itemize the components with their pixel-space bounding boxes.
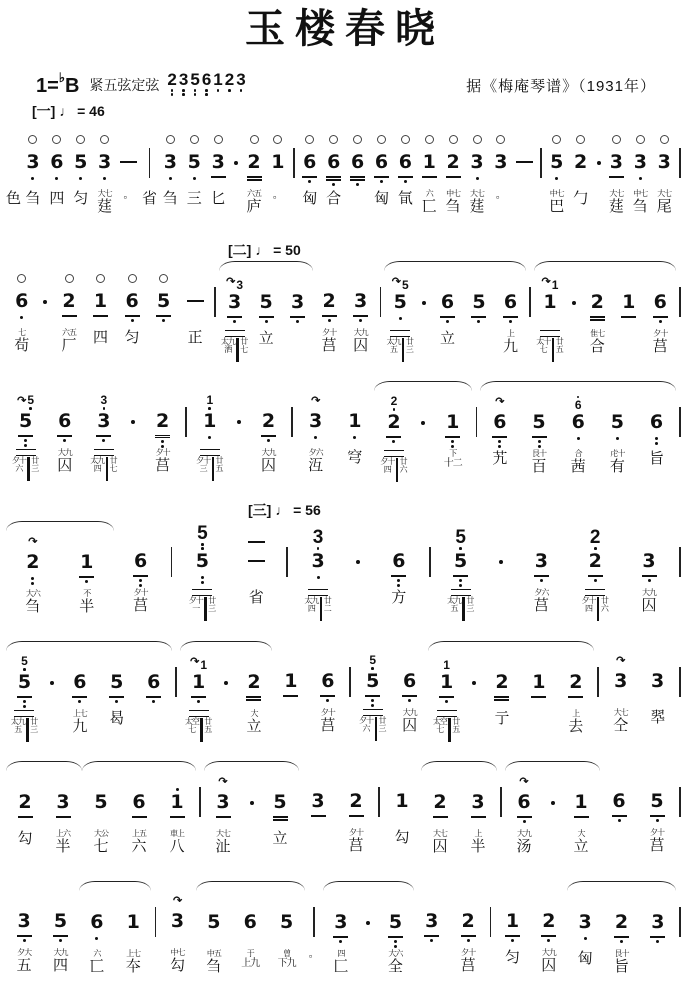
octave-dot (498, 445, 501, 448)
slur-arc (6, 521, 60, 531)
barline-rule (679, 407, 681, 437)
upper-marks (622, 530, 676, 550)
jianzipu-annotation: 夕六 (309, 449, 323, 457)
jianzipu-finger-mark: 五 (450, 605, 457, 613)
octave-dots (616, 435, 619, 440)
upper-marks: 5 (434, 530, 488, 550)
slur-space (283, 521, 291, 530)
octave-dot (540, 579, 543, 582)
note-number: 6 (650, 411, 663, 433)
jianzipu-stem (375, 717, 377, 741)
upper-marks (45, 131, 69, 151)
under-marks (115, 935, 151, 949)
upper-marks (6, 890, 42, 910)
jianzipu-row: 大七仝 (602, 709, 639, 747)
under-marks (346, 694, 354, 708)
octave-dot (23, 939, 26, 942)
jianzipu-cluster: 夕十六廿三 (359, 709, 386, 741)
slur-space (569, 122, 593, 131)
note-cell: 1四 (85, 261, 117, 367)
grace-hook-icon: ↷ (173, 896, 182, 906)
jianzipu-main: 勾 (394, 829, 409, 846)
under-marks (322, 175, 346, 189)
upper-marks (114, 530, 168, 550)
upper-marks: ↷ (602, 650, 639, 670)
jianzipu-main: 穹 (347, 449, 362, 466)
octave-dots (59, 937, 62, 942)
jianzipu-glyph: 。 (309, 949, 319, 961)
harmonic-circle-icon (576, 135, 585, 144)
under-marks (569, 175, 593, 189)
jianzipu-main: 夲 (126, 958, 141, 975)
octave-dot (102, 439, 105, 442)
jianzipu-annotation: 七 (18, 329, 25, 337)
jianzipu-glyph: 虍十有 (610, 450, 625, 475)
jianzipu-row: 艮十百 (519, 450, 558, 488)
harmonic-circle-icon (52, 135, 61, 144)
slur-arc (6, 761, 44, 771)
jianzipu-annotation: 夕十 (134, 589, 148, 597)
upper-note-number: 5 (402, 280, 409, 291)
octave-dot (103, 177, 106, 180)
slur-space (123, 381, 143, 390)
under-marks (676, 314, 684, 328)
number-row (497, 790, 505, 814)
jianzipu-glyph: 合 (326, 190, 341, 207)
number-row: 6 (45, 410, 84, 434)
under-marks (272, 694, 309, 708)
aug-dot-cell (566, 261, 582, 368)
slur-space (182, 381, 190, 390)
number-row (472, 410, 480, 434)
jianzipu-right-annotation: 廿三 (208, 597, 216, 613)
slur-arc (463, 261, 495, 271)
slur-space (45, 122, 69, 131)
number-row (230, 151, 242, 175)
jianzipu-glyph: 艮十百 (532, 450, 547, 475)
slur-arc (421, 761, 459, 771)
upper-note: 1 (443, 660, 450, 671)
jianzipu-row (676, 449, 684, 487)
slur-space (196, 761, 204, 770)
upper-marks (322, 131, 346, 151)
upper-marks: ↷ (296, 390, 335, 410)
under-marks (465, 695, 483, 709)
jianzipu-glyph: 大立 (246, 710, 261, 735)
key-and-tuning: 1=♭B 紧五弦定弦 2356123 (36, 71, 246, 96)
jianzipu-row (486, 949, 494, 982)
under-marks (123, 434, 143, 448)
upper-marks (69, 131, 93, 151)
slur-space (172, 641, 180, 650)
barline (376, 261, 384, 367)
note-cell: 1 (613, 261, 645, 368)
jianzipu-glyph: 大七莛 (609, 190, 624, 215)
upper-marks (299, 770, 337, 790)
slur-space (602, 641, 639, 650)
slur-space (21, 122, 45, 131)
jianzipu-row: 大九四 (42, 949, 78, 982)
jianzipu-left-annotation: 太空七 (185, 718, 199, 734)
note-number: 2 (615, 911, 628, 933)
note-number: 3 (56, 791, 69, 813)
jianzipu-cluster-body: 夕十一廿三 (189, 597, 216, 621)
octave-dot (618, 819, 621, 822)
beam-underline (247, 179, 262, 180)
note-cell: ↷2大六刍 (6, 521, 60, 628)
number-row: 3 (459, 791, 497, 815)
upper-marks (421, 771, 459, 791)
number-row: 5 (42, 910, 78, 934)
number-row: 5 (519, 411, 558, 435)
under-marks (43, 695, 61, 709)
slur-arc (115, 881, 151, 891)
jianzipu-annotation: 大九 (58, 449, 72, 457)
note-number: 5 (196, 550, 209, 572)
slur-space (335, 381, 374, 390)
note-number: 6 (403, 670, 416, 692)
jianzipu-glyph: 合茜 (571, 450, 586, 475)
note-cell: 3大七莛 (604, 122, 628, 228)
under-marks (236, 695, 273, 709)
slur-arc (268, 881, 304, 891)
number-row (140, 151, 158, 175)
number-row: 2 (531, 910, 567, 934)
jianzipu-annotation: 大九 (54, 949, 68, 957)
jianzipu-annotation: 大七 (470, 190, 484, 198)
upper-note: 5 (21, 656, 28, 671)
octave-dot (523, 820, 526, 823)
note-number: 3 (425, 910, 438, 932)
upper-marks (432, 271, 464, 291)
jianzipu-annotation: 大 (577, 830, 584, 838)
jianzipu-hui-mark: 六 (601, 605, 609, 613)
upper-marks (414, 890, 450, 910)
number-row: 3 (414, 910, 450, 934)
barline (497, 761, 505, 867)
harmonic-circle-icon (496, 135, 505, 144)
note-cell: 2大七囚 (421, 761, 459, 868)
jianzipu-cluster-body: 夕十三廿五 (196, 457, 223, 481)
upper-note-number: 2 (391, 396, 398, 407)
under-marks (566, 315, 582, 329)
number-row: 6 (370, 151, 394, 175)
slur-arc (520, 641, 557, 651)
jianzipu-annotation: 下 (449, 450, 456, 458)
octave-dots (467, 937, 470, 942)
jianzipu-row: 太十七廿五 (534, 330, 566, 368)
jianzipu-row: 省 (229, 589, 283, 627)
jianzipu-row: 中五刍 (196, 950, 232, 982)
jianzipu-cluster: 太九四廿二 (304, 589, 331, 621)
number-row (305, 910, 323, 934)
note-number: 1 (170, 791, 183, 813)
flat-sign-icon: ♭ (59, 70, 65, 86)
under-marks (465, 175, 489, 189)
under-marks (6, 314, 38, 328)
jianzipu-annotation: 大七 (657, 190, 671, 198)
octave-dot (78, 700, 81, 703)
jianzipu-row: 上半 (459, 830, 497, 868)
under-marks (562, 815, 600, 829)
number-row: 3 (21, 151, 45, 175)
number-row: 3 (299, 790, 337, 814)
octave-dot (359, 319, 362, 322)
upper-marks (266, 131, 290, 151)
slur-space (346, 641, 354, 650)
jianzipu-row (123, 449, 143, 487)
slur-space (622, 521, 676, 530)
barline (594, 641, 602, 747)
octave-dot (326, 699, 329, 702)
slur-space (211, 261, 219, 270)
jianzipu-main: 囚 (402, 717, 417, 734)
upper-marks: 3 (84, 390, 123, 410)
jianzipu-stem (320, 597, 322, 621)
jianzipu-finger-mark: 一 (192, 605, 199, 613)
jianzipu-main: 匀 (125, 329, 140, 346)
number-row: 3 (604, 151, 628, 175)
slur-arc (566, 261, 582, 271)
jianzipu-annotation: 大六 (388, 950, 402, 958)
jianzipu-main: 莛 (470, 198, 485, 215)
under-marks (582, 315, 614, 329)
jianzipu-cluster-bar (16, 449, 36, 456)
jianzipu-row: 大七沚 (204, 830, 242, 868)
under-marks (514, 574, 568, 588)
jianzipu-row: 大七尾 (652, 190, 676, 228)
octave-dot (620, 940, 623, 943)
jianzipu-row: 夕十莒 (337, 829, 375, 867)
slur-space (600, 761, 638, 770)
note-cell: 2亍 (484, 641, 521, 748)
beam-underline (132, 816, 147, 817)
upper-marks (531, 890, 567, 910)
under-marks (158, 815, 196, 829)
beam-underline (170, 816, 185, 817)
upper-marks (441, 131, 465, 151)
under-marks (182, 175, 206, 189)
note-cell: 5曷 (98, 641, 135, 748)
note-cell: 3刍 (21, 122, 45, 228)
number-row (179, 290, 211, 314)
augmentation-dot (234, 161, 238, 165)
under-marks (159, 934, 195, 948)
jianzipu-row: 夕十四廿六 (568, 589, 622, 627)
octave-dot (205, 93, 208, 96)
jianzipu-cluster: 太九四廿七 (90, 449, 117, 481)
jianzipu-annotation: 夕十 (156, 449, 170, 457)
note-number: 6 (399, 151, 412, 173)
note-cell: 3上半 (459, 761, 497, 868)
jianzipu-row: 匕 (206, 190, 230, 228)
note-number: 5 (394, 291, 407, 313)
under-marks (370, 175, 394, 189)
note-cell: 6匀 (116, 261, 148, 367)
jianzipu-glyph: 。 (124, 190, 134, 202)
slur-space (296, 381, 335, 390)
slur-arc (377, 881, 413, 891)
jianzipu-row: 大九汤 (505, 830, 543, 868)
note-number: 6 (244, 911, 257, 933)
jianzipu-main: 勾 (17, 830, 32, 847)
note-cell: 66合茜 (559, 381, 598, 488)
jianzipu-row: 勾 (6, 830, 44, 868)
under-marks (513, 175, 537, 189)
jianzipu-finger-mark: 六 (15, 465, 22, 473)
note-cell: 1下十二 (433, 381, 472, 488)
note-number: 5 (650, 790, 663, 812)
jianzipu-glyph: 勾 (394, 829, 409, 846)
slur-arc (61, 641, 98, 651)
jianzipu-main: 庐 (247, 198, 262, 215)
barline (676, 261, 684, 367)
upper-marks: ↷5 (6, 390, 45, 410)
slur-arc (416, 261, 432, 271)
octave-dots (359, 317, 362, 322)
upper-marks: ↷ (159, 890, 195, 910)
number-row: 2 (569, 151, 593, 175)
octave-dot (339, 940, 342, 943)
jianzipu-glyph: 立 (259, 330, 274, 347)
jianzipu-main: 十二 (444, 458, 462, 469)
number-row: 2 (143, 410, 182, 434)
slur-space (69, 122, 93, 131)
jianzipu-row (426, 589, 434, 627)
octave-dots (208, 434, 211, 439)
octave-dot (208, 436, 211, 439)
under-marks (359, 935, 377, 949)
note-cell: 3大七莛 (465, 122, 489, 228)
slur-space (514, 521, 568, 530)
note-cell: 11太空七廿五 (428, 641, 465, 748)
note-number: 1 (543, 291, 556, 313)
jianzipu-glyph: 匀 (73, 190, 88, 207)
slur-space (494, 881, 530, 890)
octave-dot (404, 180, 407, 183)
jianzipu-left-annotation: 太九四 (304, 597, 318, 613)
upper-marks (433, 391, 472, 411)
jianzipu-annotation: 于 (247, 950, 254, 958)
octave-dot (476, 177, 479, 180)
number-row: 3 (282, 291, 314, 315)
jianzipu-annotation: 夕十 (349, 829, 363, 837)
under-marks (638, 814, 676, 828)
slur-space (497, 761, 505, 770)
jianzipu-glyph: 大立 (573, 830, 588, 855)
octave-dot (314, 436, 317, 439)
jianzipu-row: 大六全 (377, 950, 413, 982)
slur-arc (519, 381, 558, 391)
octave-dots (201, 542, 204, 550)
jianzipu-glyph: 下十二 (444, 450, 462, 469)
note-cell: 6旨 (637, 381, 676, 488)
under-marks (640, 935, 676, 949)
jianzipu-annotation: 合 (575, 450, 582, 458)
under-marks (568, 574, 622, 588)
number-row (167, 550, 175, 574)
note-cell: 22夕十四廿六 (568, 521, 622, 627)
beam-underline (211, 176, 226, 177)
jianzipu-main: 囚 (642, 597, 657, 614)
slur-space (299, 761, 337, 770)
jianzipu-row: 匈 (298, 190, 322, 228)
jianzipu-stem (106, 457, 108, 481)
jianzipu-main: 刍 (25, 598, 40, 615)
grace-hook-icon: ↷ (218, 777, 227, 787)
tuning-label: 紧五弦定弦 (89, 75, 159, 95)
jianzipu-finger-mark: 三 (200, 465, 207, 473)
jianzipu-row: 夕十莒 (114, 589, 168, 627)
jianzipu-glyph: 大七仝 (613, 709, 628, 734)
jianzipu-main: 囚 (261, 457, 276, 474)
barline: 。 (305, 881, 323, 982)
number-row (6, 151, 21, 175)
under-marks (116, 314, 148, 328)
note-cell: 5曽下九 (268, 881, 304, 982)
slur-space (676, 261, 684, 270)
jianzipu-row: 中七刍 (441, 190, 465, 228)
jianzipu-glyph: 六五厂 (62, 329, 77, 354)
slur-arc (433, 381, 472, 391)
barline (288, 381, 296, 487)
slur-space (676, 521, 684, 530)
octave-dots (169, 175, 172, 180)
under-marks (372, 574, 426, 588)
under-marks (428, 695, 465, 709)
octave-dot (648, 579, 651, 582)
jianzipu-stem (212, 457, 214, 481)
barline (375, 761, 383, 867)
jianzipu-main: 莒 (322, 337, 337, 354)
under-marks (519, 435, 558, 449)
note-cell: ↷3中七勾 (159, 881, 195, 982)
jianzipu-annotation: 上五 (132, 830, 146, 838)
octave-dot (332, 183, 335, 186)
slur-space (472, 381, 480, 390)
octave-dots (85, 578, 88, 583)
jianzipu-glyph: 匕 (211, 190, 226, 207)
number-row: 3 (323, 911, 359, 935)
jianzipu-stem (236, 338, 238, 362)
jianzipu-row: 合茜 (559, 450, 598, 488)
upper-note: 2 (391, 396, 398, 411)
jianzipu-main: 全 (388, 958, 403, 975)
note-number: 1 (348, 410, 361, 432)
upper-marks (98, 651, 135, 671)
beam-underline (18, 816, 33, 817)
slur-space (676, 761, 684, 770)
number-row: 1 (85, 290, 117, 314)
barline-rule (500, 787, 502, 817)
slur-space (676, 641, 684, 650)
jianzipu-main: 厂 (62, 337, 77, 354)
note-cell: 3 (414, 881, 450, 982)
upper-marks: 6 (559, 391, 598, 411)
slur-arc (613, 261, 645, 271)
octave-dot (217, 89, 220, 92)
slur-space (594, 641, 602, 650)
jianzipu-finger-mark: 七 (540, 346, 547, 354)
octave-dots (459, 577, 462, 587)
upper-marks (217, 651, 235, 671)
jianzipu-hui-mark: 二 (324, 605, 332, 613)
upper-note: 5 (455, 529, 466, 550)
dash-cell: 正 (179, 261, 211, 367)
held-dash (248, 560, 265, 562)
beam-underline (531, 696, 546, 697)
note-cell: 6上七九 (61, 641, 98, 748)
